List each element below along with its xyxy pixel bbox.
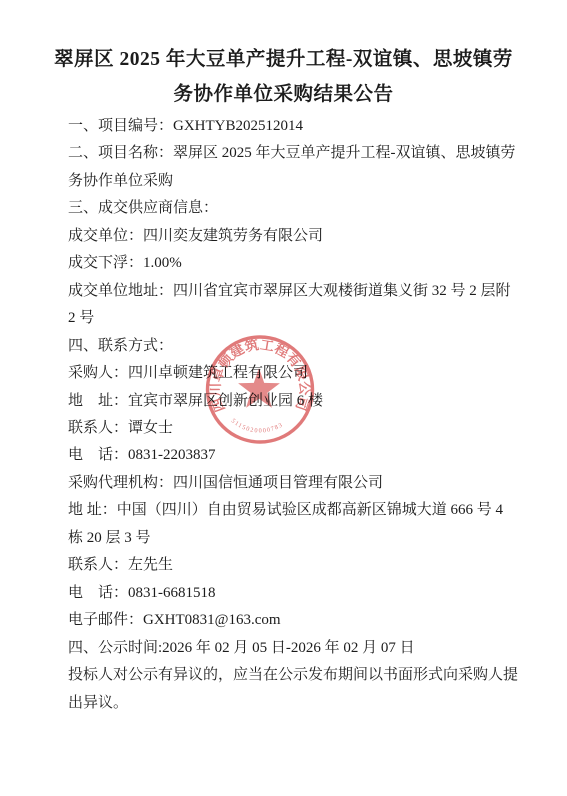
document-line: 三、成交供应商信息：: [68, 195, 518, 222]
document-line: 栋 20 层 3 号: [68, 525, 518, 552]
document-line: 2 号: [68, 305, 518, 332]
document-line: 采购人：四川卓顿建筑工程有限公司: [68, 360, 518, 387]
document-line: 出异议。: [68, 690, 518, 717]
document-line: 一、项目编号：GXHTYB202512014: [68, 113, 518, 140]
title-line-1: 翠屏区 2025 年大豆单产提升工程-双谊镇、思坡镇劳: [0, 42, 567, 77]
document-line: 采购代理机构：四川国信恒通项目管理有限公司: [68, 470, 518, 497]
document-line: 地 址：中国（四川）自由贸易试验区成都高新区锦城大道 666 号 4: [68, 497, 518, 524]
document-line: 联系人：左先生: [68, 552, 518, 579]
document-line: 二、项目名称：翠屏区 2025 年大豆单产提升工程-双谊镇、思坡镇劳: [68, 140, 518, 167]
document-body: 一、项目编号：GXHTYB202512014二、项目名称：翠屏区 2025 年大…: [68, 113, 518, 717]
document-line: 电子邮件：GXHT0831@163.com: [68, 607, 518, 634]
document-page: 翠屏区 2025 年大豆单产提升工程-双谊镇、思坡镇劳 务协作单位采购结果公告 …: [0, 0, 567, 796]
document-line: 成交单位地址：四川省宜宾市翠屏区大观楼街道集义街 32 号 2 层附: [68, 278, 518, 305]
document-line: 务协作单位采购: [68, 168, 518, 195]
title-line-2: 务协作单位采购结果公告: [0, 77, 567, 112]
document-line: 投标人对公示有异议的，应当在公示发布期间以书面形式向采购人提: [68, 662, 518, 689]
document-line: 成交单位：四川奕友建筑劳务有限公司: [68, 223, 518, 250]
document-line: 四、联系方式：: [68, 333, 518, 360]
document-line: 电 话：0831-2203837: [68, 442, 518, 469]
document-title: 翠屏区 2025 年大豆单产提升工程-双谊镇、思坡镇劳 务协作单位采购结果公告: [0, 42, 567, 112]
document-line: 成交下浮：1.00%: [68, 250, 518, 277]
document-line: 地 址：宜宾市翠屏区创新创业园 6 楼: [68, 388, 518, 415]
document-line: 四、公示时间:2026 年 02 月 05 日-2026 年 02 月 07 日: [68, 635, 518, 662]
document-line: 电 话：0831-6681518: [68, 580, 518, 607]
document-line: 联系人：谭女士: [68, 415, 518, 442]
